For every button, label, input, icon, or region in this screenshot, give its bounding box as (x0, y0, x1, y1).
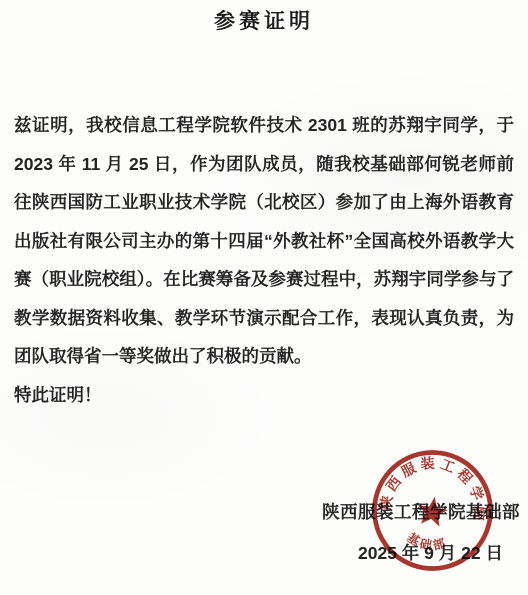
signature-line: 陕西服装工程学院基础部 (322, 499, 520, 524)
date-line: 2025 年 9 月 22 日 (358, 540, 503, 565)
certificate-title: 参赛证明 (0, 5, 528, 35)
body-paragraph: 兹证明，我校信息工程学院软件技术 2301 班的苏翔宇同学，于 2023 年 1… (14, 106, 514, 376)
certificate-page: 参赛证明 兹证明，我校信息工程学院软件技术 2301 班的苏翔宇同学，于 202… (0, 0, 528, 595)
certificate-body: 兹证明，我校信息工程学院软件技术 2301 班的苏翔宇同学，于 2023 年 1… (14, 106, 514, 414)
closing-line: 特此证明！ (14, 376, 514, 415)
